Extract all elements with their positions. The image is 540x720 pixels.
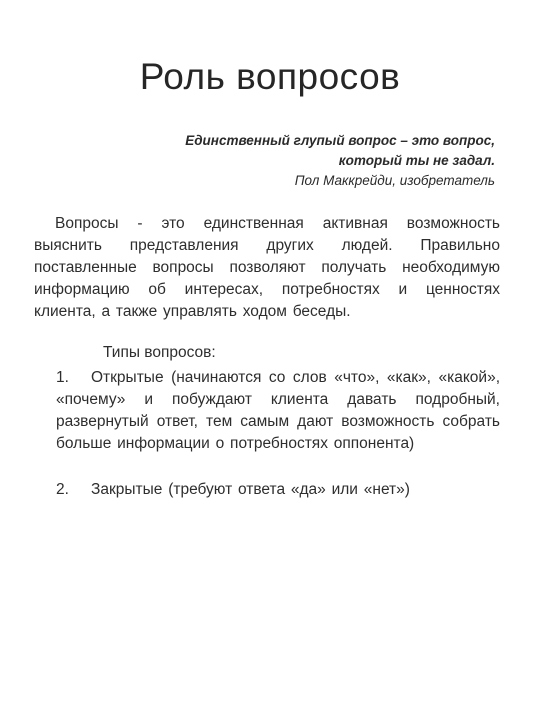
epigraph: Единственный глупый вопрос – это вопрос,… (65, 131, 495, 191)
list-item-number: 1. (56, 367, 91, 389)
list-item-text: Открытые (начинаются со слов «что», «как… (56, 369, 500, 452)
slide-page: Роль вопросов Единственный глупый вопрос… (0, 0, 540, 720)
list-item: 2.Закрытые (требуют ответа «да» или «нет… (56, 479, 500, 501)
epigraph-attribution: Пол Маккрейди, изобретатель (65, 171, 495, 191)
question-types-list: 1.Открытые (начинаются со слов «что», «к… (56, 367, 500, 501)
list-item-number: 2. (56, 479, 91, 501)
list-heading: Типы вопросов: (103, 344, 216, 362)
list-item: 1.Открытые (начинаются со слов «что», «к… (56, 367, 500, 455)
intro-paragraph: Вопросы - это единственная активная возм… (34, 213, 500, 323)
list-item-text: Закрытые (требуют ответа «да» или «нет») (91, 481, 410, 498)
slide-title: Роль вопросов (0, 56, 540, 98)
epigraph-line-1: Единственный глупый вопрос – это вопрос, (65, 131, 495, 151)
epigraph-line-2: который ты не задал. (65, 151, 495, 171)
